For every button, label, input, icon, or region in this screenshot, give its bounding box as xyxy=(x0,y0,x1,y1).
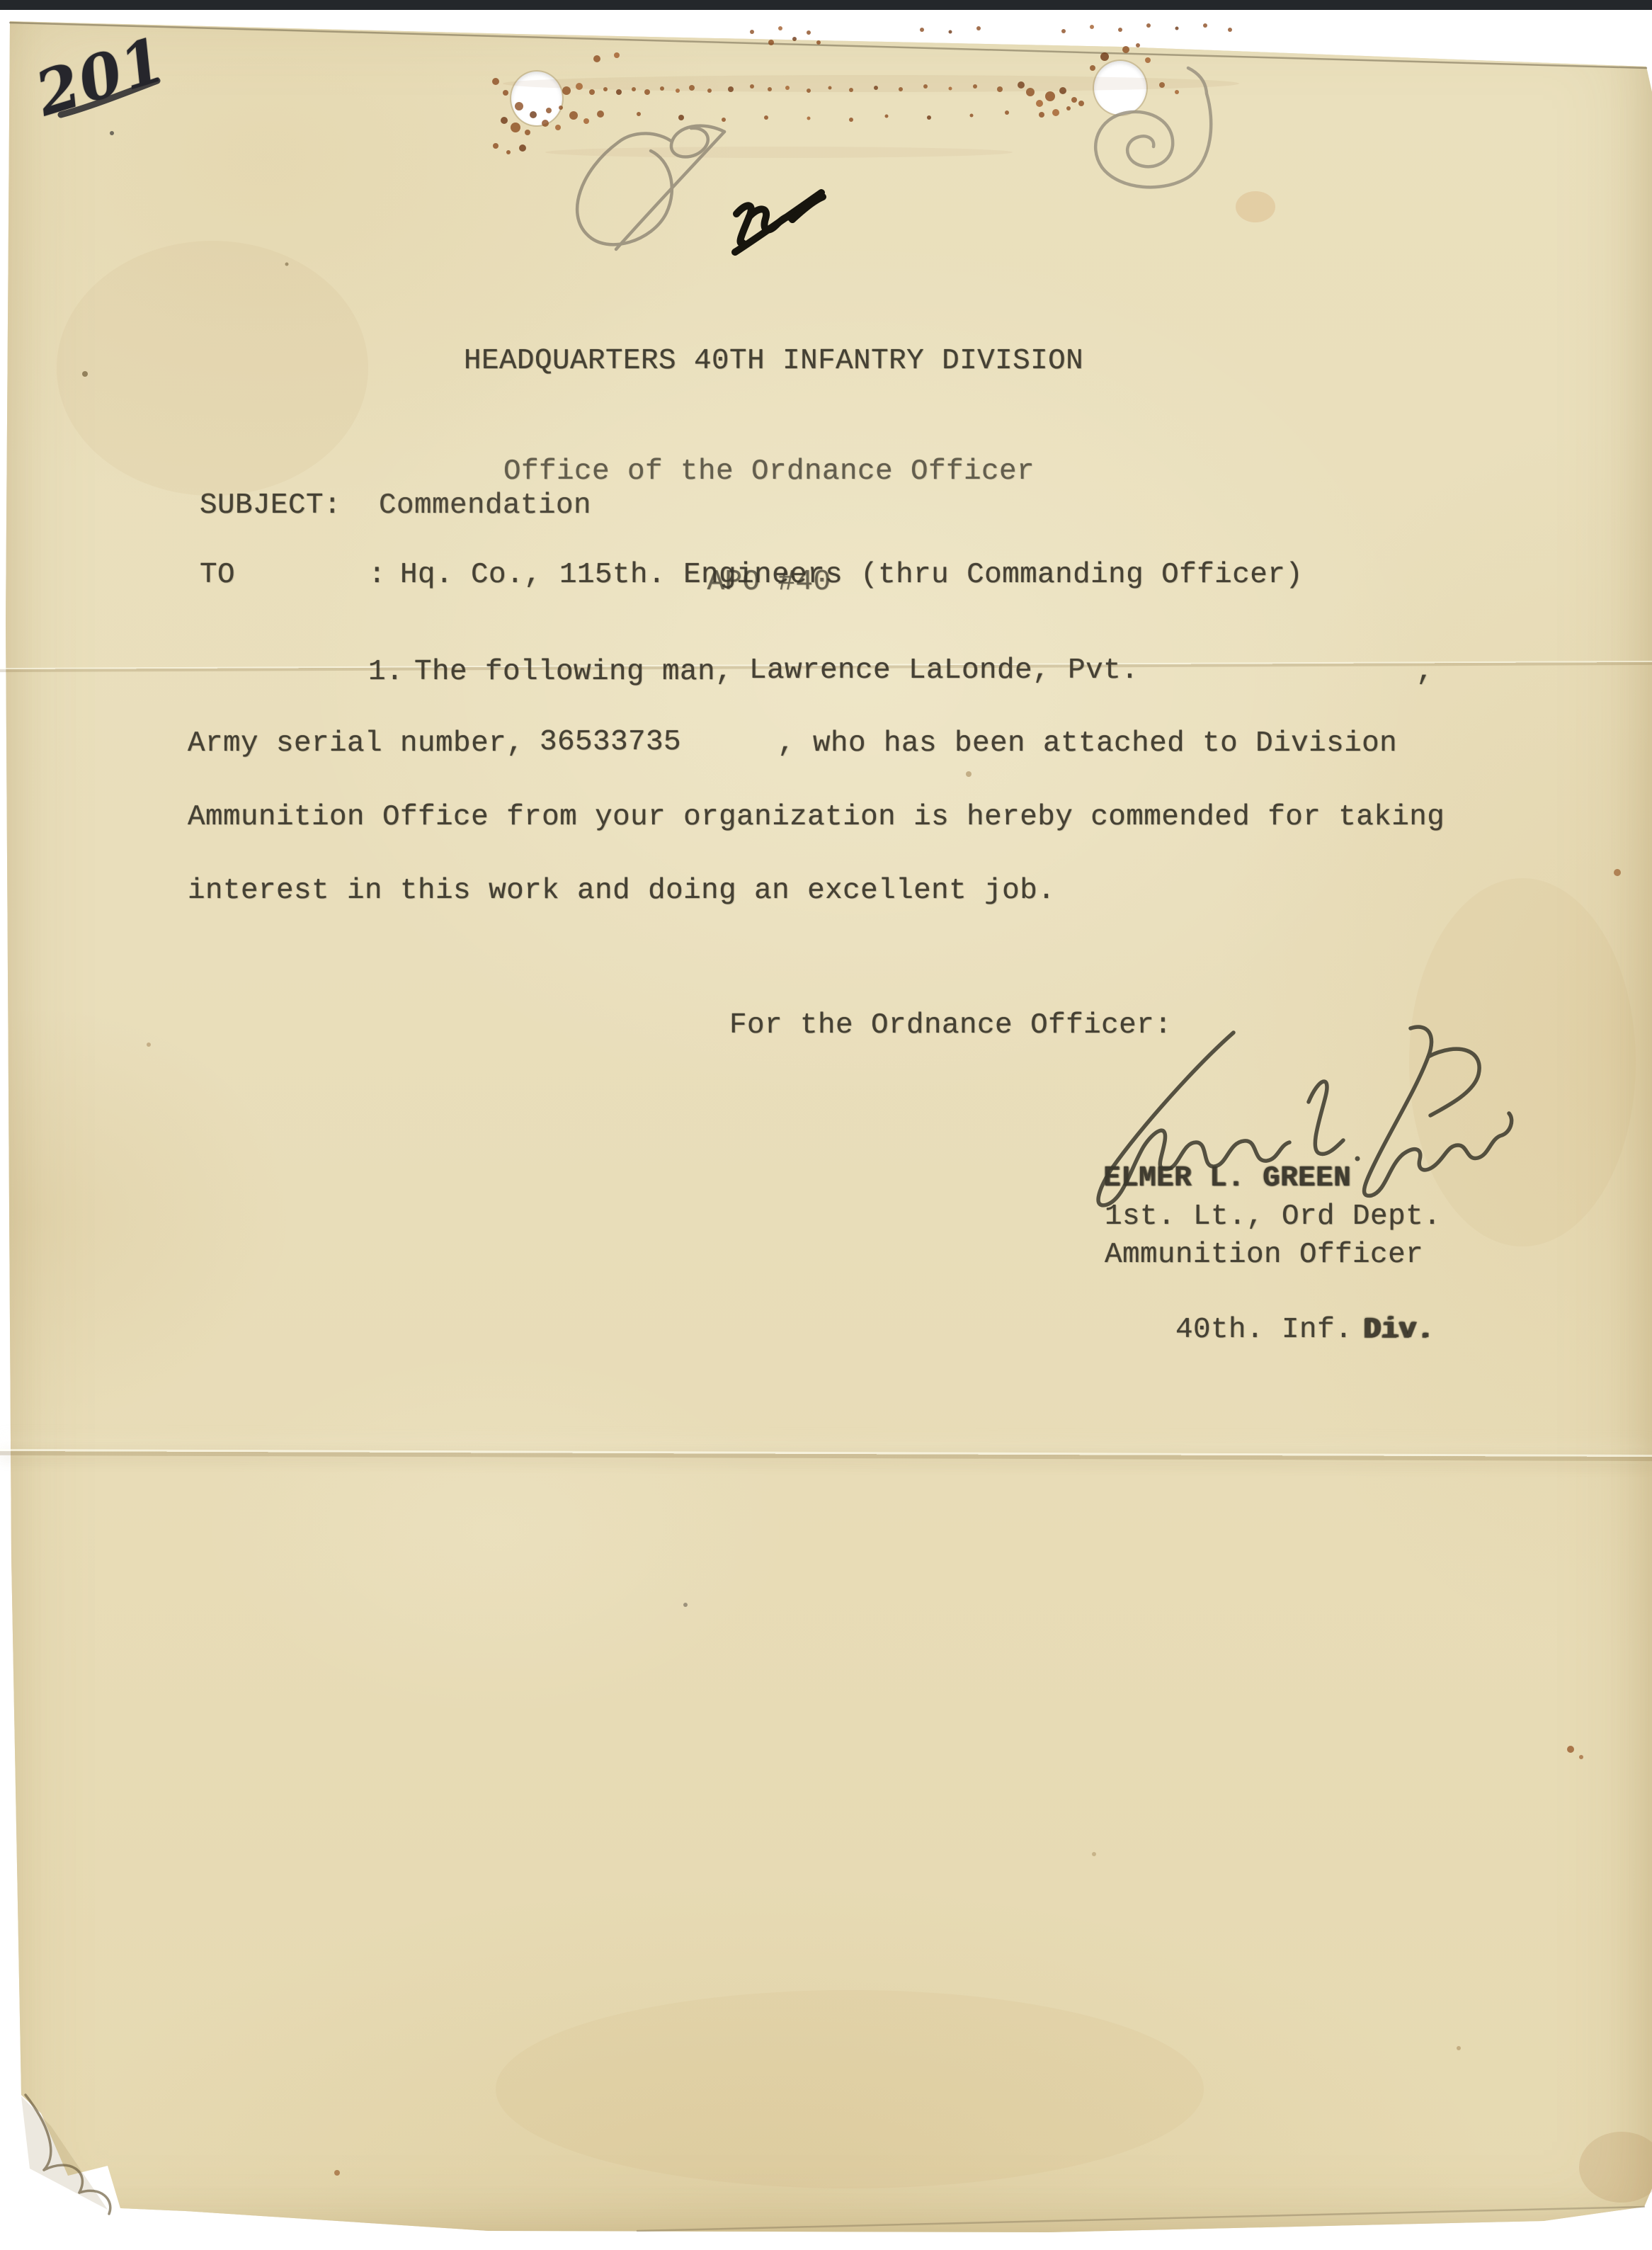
body-line1-text: The following man, xyxy=(414,654,733,691)
body-line4: interest in this work and doing an excel… xyxy=(188,873,1055,909)
punch-hole-right xyxy=(1094,61,1146,115)
punch-hole-left xyxy=(511,72,562,125)
subject-label: SUBJECT: xyxy=(200,487,341,524)
title-line: Ammunition Officer xyxy=(1105,1237,1423,1273)
typed-name: ELMER L. GREEN xyxy=(1103,1160,1351,1197)
to-colon: : xyxy=(368,557,386,593)
unit-line: 40th. Inf.Div. xyxy=(1105,1275,1434,1385)
body-line1-fill: Lawrence LaLonde, Pvt. xyxy=(749,652,1139,689)
body-line2-fill: 36533735 xyxy=(540,724,681,761)
rank-line: 1st. Lt., Ord Dept. xyxy=(1105,1198,1441,1235)
unit-line-pre: 40th. Inf. xyxy=(1175,1314,1352,1346)
body-line1-comma: , xyxy=(1416,654,1434,691)
scanner-edge xyxy=(0,0,1652,10)
letterhead: HEADQUARTERS 40TH INFANTRY DIVISION Offi… xyxy=(464,269,1074,674)
to-value: Hq. Co., 115th. Engineers (thru Commandi… xyxy=(400,557,1303,593)
body-line2-text: Army serial number, xyxy=(188,725,524,762)
scanned-letter: 201 HEADQUARTERS 40TH INFANTRY DIVISION … xyxy=(0,0,1652,2250)
body-line3: Ammunition Office from your organization… xyxy=(188,799,1445,836)
letterhead-line1: HEADQUARTERS 40TH INFANTRY DIVISION xyxy=(464,343,1074,380)
unit-line-emph: Div. xyxy=(1363,1314,1434,1346)
body-line1-number: 1. xyxy=(368,654,404,691)
closing-for-line: For the Ordnance Officer: xyxy=(729,1007,1172,1044)
to-label: TO xyxy=(200,557,235,593)
subject-value: Commendation xyxy=(379,487,591,524)
body-line2-rest: , who has been attached to Division xyxy=(777,725,1397,762)
letterhead-line2: Office of the Ordnance Officer xyxy=(464,453,1074,490)
